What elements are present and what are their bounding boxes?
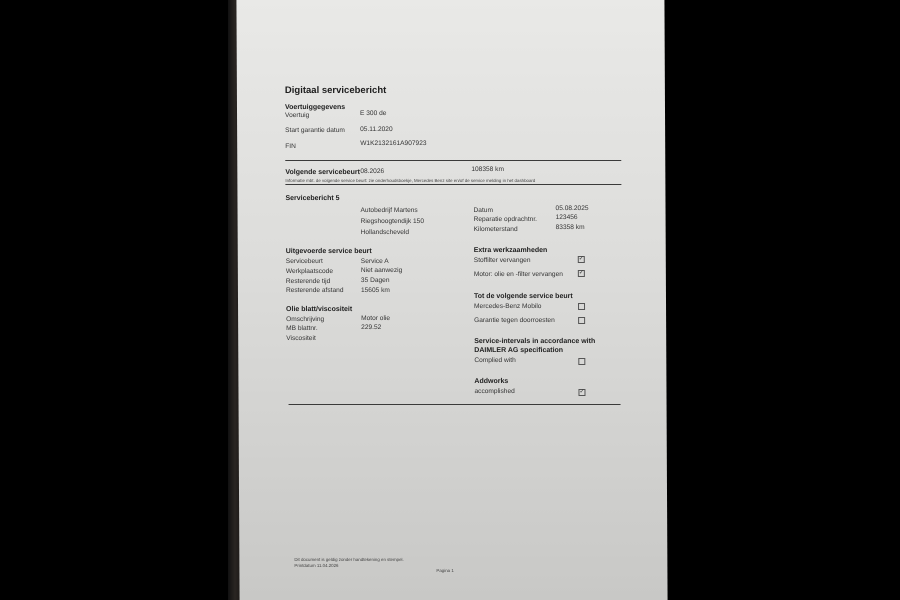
intervals-checkbox[interactable] — [578, 358, 585, 365]
performed-service-heading: Uitgevoerde service beurt — [286, 248, 372, 255]
extra-work-checkbox[interactable]: ✓ — [578, 270, 585, 277]
dealer-street: Riegshoogtendijk 150 — [361, 218, 424, 225]
dealer-name: Autobedrijf Martens — [361, 207, 418, 214]
viscosity-label: Viscositeit — [286, 335, 316, 342]
addworks-checkbox[interactable]: ✓ — [578, 389, 585, 396]
order-number-label: Reparatie opdrachtnr. — [474, 216, 537, 223]
until-next-checkbox[interactable] — [578, 317, 585, 324]
divider-next-service — [285, 184, 621, 185]
fin-value: W1K2132161A907923 — [360, 140, 426, 147]
intervals-heading-line1: Service-intervals in accordance with — [474, 338, 595, 345]
next-service-km: 108358 km — [471, 166, 504, 173]
remaining-time-value: 35 Dagen — [361, 277, 390, 284]
intervals-heading-line2: DAIMLER AG specification — [474, 347, 563, 354]
next-service-note: Informatie mbt. de volgende service beur… — [285, 178, 535, 183]
extra-work-item-label: Motor: olie en -filter vervangen — [474, 271, 563, 278]
until-next-heading: Tot de volgende service beurt — [474, 293, 573, 300]
remaining-distance-value: 15605 km — [361, 287, 390, 294]
remaining-distance-label: Resterende afstand — [286, 287, 344, 294]
warranty-start-value: 05.11.2020 — [360, 126, 393, 133]
oil-description-label: Omschrijving — [286, 316, 324, 323]
date-value: 05.08.2025 — [556, 205, 589, 212]
mileage-label: Kilometerstand — [474, 226, 518, 233]
service-report-heading: Servicebericht 5 — [285, 195, 339, 202]
remaining-time-label: Resterende tijd — [286, 278, 330, 285]
addworks-item-label: accomplished — [474, 388, 514, 395]
next-service-label: Volgende servicebeurt — [285, 169, 360, 176]
extra-work-heading: Extra werkzaamheden — [474, 247, 548, 254]
vehicle-heading: Voertuiggegevens — [285, 104, 345, 111]
vehicle-value: E 300 de — [360, 110, 386, 117]
validity-note: Dit document is geldig zonder handtekeni… — [294, 557, 403, 562]
oil-heading: Olie blatt/viscositeit — [286, 306, 352, 313]
mileage-value: 83358 km — [556, 224, 585, 231]
warranty-start-label: Start garantie datum — [285, 127, 345, 134]
divider-bottom — [289, 404, 621, 405]
divider-top — [285, 160, 621, 161]
intervals-item-label: Complied with — [474, 357, 515, 364]
extra-work-item-label: Stoffilter vervangen — [474, 257, 531, 264]
order-number-value: 123456 — [556, 214, 578, 221]
extra-work-checkbox[interactable]: ✓ — [578, 256, 585, 263]
mb-sheet-value: 229.52 — [361, 324, 381, 331]
vehicle-label: Voertuig — [285, 112, 309, 119]
page-number: Pagina 1 — [436, 568, 453, 573]
until-next-item-label: Mercedes-Benz Mobilo — [474, 303, 541, 310]
addworks-heading: Addworks — [474, 378, 508, 385]
document-title: Digitaal servicebericht — [285, 85, 386, 96]
service-document-paper: Digitaal servicebericht Voertuiggegevens… — [236, 0, 667, 600]
date-label: Datum — [474, 207, 493, 214]
dealer-city: Hollandscheveld — [361, 229, 409, 236]
until-next-checkbox[interactable] — [578, 303, 585, 310]
print-date: Printdatum 11.04.2026 — [294, 563, 338, 568]
oil-description-value: Motor olie — [361, 315, 390, 322]
workshop-code-label: Werkplaatscode — [286, 268, 333, 275]
service-type-value: Service A — [361, 258, 389, 265]
workshop-code-value: Niet aanwezig — [361, 267, 402, 274]
until-next-item-label: Garantie tegen doorroesten — [474, 317, 555, 324]
mb-sheet-label: MB blattnr. — [286, 325, 318, 332]
fin-label: FIN — [285, 143, 296, 150]
service-type-label: Servicebeurt — [286, 258, 323, 265]
next-service-date: 08.2026 — [360, 168, 384, 175]
